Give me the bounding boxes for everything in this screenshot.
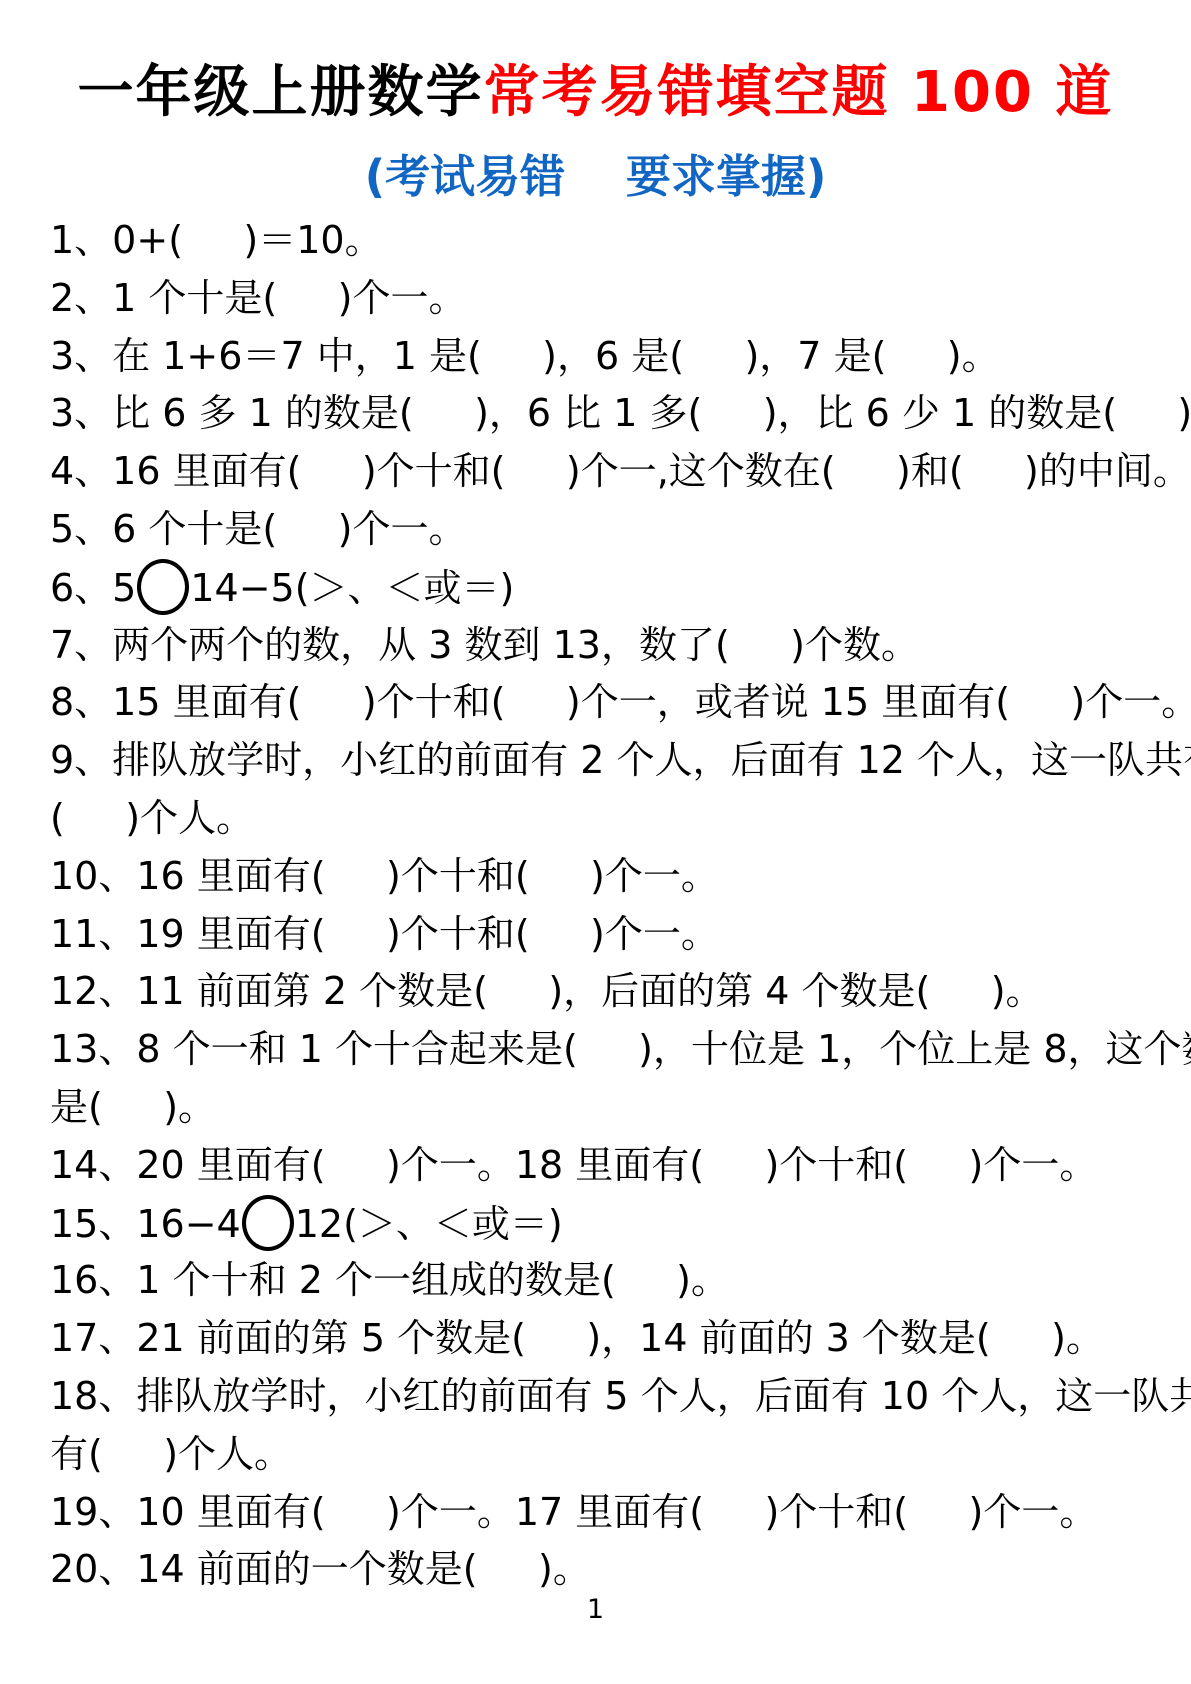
question-line: 19、10 里面有( )个一。17 里面有( )个十和( )个一。 <box>50 1484 1171 1542</box>
comparison-answer-circle <box>137 559 189 615</box>
question-line: 是( )。 <box>50 1079 1171 1137</box>
question-line: ( )个人。 <box>50 790 1171 848</box>
comparison-answer-circle <box>242 1195 294 1251</box>
question-line: 有( )个人。 <box>50 1426 1171 1484</box>
question-line: 4、16 里面有( )个十和( )个一,这个数在( )和( )的中间。 <box>50 443 1171 501</box>
question-text-before-circle: 6、5 <box>50 566 136 610</box>
question-line: 5、6 个十是( )个一。 <box>50 501 1171 559</box>
page-subtitle: (考试易错 要求掌握) <box>0 140 1191 205</box>
question-line: 8、15 里面有( )个十和( )个一，或者说 15 里面有( )个一。 <box>50 674 1171 732</box>
question-line: 16、1 个十和 2 个一组成的数是( )。 <box>50 1252 1171 1310</box>
worksheet-page: { "header": { "title_black": "一年级上册数学", … <box>0 0 1191 1684</box>
question-text-before-circle: 15、16−4 <box>50 1202 241 1246</box>
question-line: 20、14 前面的一个数是( )。 <box>50 1541 1171 1599</box>
question-line: 1、0+( )＝10。 <box>50 212 1171 270</box>
question-text-after-circle: 12(＞、＜或＝) <box>295 1202 563 1246</box>
question-line: 13、8 个一和 1 个十合起来是( )，十位是 1，个位上是 8，这个数 <box>50 1021 1171 1079</box>
question-list: 1、0+( )＝10。2、1 个十是( )个一。3、在 1+6＝7 中，1 是(… <box>50 212 1171 1599</box>
question-line: 6、514−5(＞、＜或＝) <box>50 559 1171 617</box>
question-line: 17、21 前面的第 5 个数是( )，14 前面的 3 个数是( )。 <box>50 1310 1171 1368</box>
question-line: 9、排队放学时，小红的前面有 2 个人，后面有 12 个人，这一队共有 <box>50 732 1171 790</box>
page-title-black-part: 一年级上册数学 <box>78 60 484 125</box>
page-title: 一年级上册数学常考易错填空题 100 道 <box>0 48 1191 128</box>
question-line: 18、排队放学时，小红的前面有 5 个人，后面有 10 个人，这一队共 <box>50 1368 1171 1426</box>
question-line: 11、19 里面有( )个十和( )个一。 <box>50 906 1171 964</box>
page-title-red-part: 常考易错填空题 100 道 <box>484 60 1114 125</box>
page-number: 1 <box>0 1594 1191 1625</box>
question-line: 3、在 1+6＝7 中，1 是( )，6 是( )，7 是( )。 <box>50 328 1171 386</box>
question-line: 10、16 里面有( )个十和( )个一。 <box>50 848 1171 906</box>
question-line: 14、20 里面有( )个一。18 里面有( )个十和( )个一。 <box>50 1137 1171 1195</box>
question-line: 12、11 前面第 2 个数是( )，后面的第 4 个数是( )。 <box>50 963 1171 1021</box>
question-line: 7、两个两个的数，从 3 数到 13，数了( )个数。 <box>50 617 1171 675</box>
question-line: 2、1 个十是( )个一。 <box>50 270 1171 328</box>
question-text-after-circle: 14−5(＞、＜或＝) <box>190 566 514 610</box>
question-line: 3、比 6 多 1 的数是( )，6 比 1 多( )，比 6 少 1 的数是(… <box>50 385 1171 443</box>
question-line: 15、16−412(＞、＜或＝) <box>50 1195 1171 1253</box>
